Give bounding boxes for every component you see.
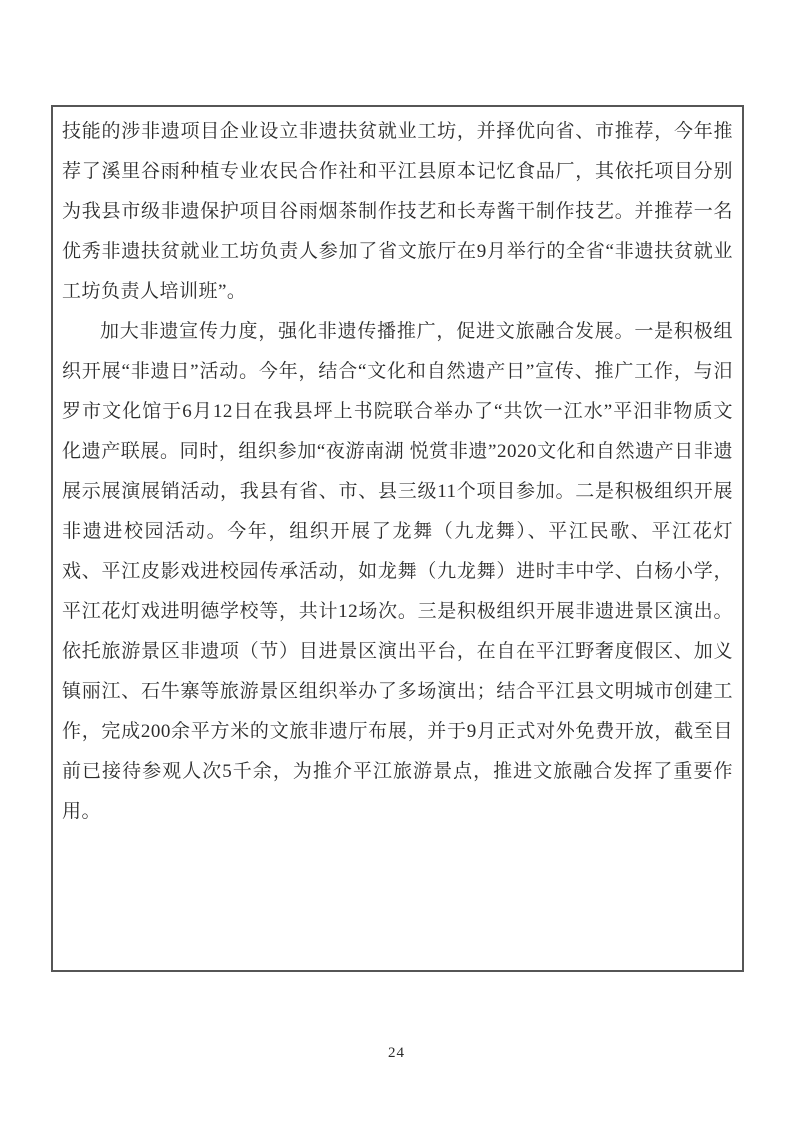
content-box: 技能的涉非遗项目企业设立非遗扶贫就业工坊，并择优向省、市推荐，今年推荐了溪里谷雨… <box>51 105 744 972</box>
document-page: 技能的涉非遗项目企业设立非遗扶贫就业工坊，并择优向省、市推荐，今年推荐了溪里谷雨… <box>0 0 793 1122</box>
paragraph: 技能的涉非遗项目企业设立非遗扶贫就业工坊，并择优向省、市推荐，今年推荐了溪里谷雨… <box>62 112 733 312</box>
page-number: 24 <box>388 1045 405 1061</box>
paragraph: 加大非遗宣传力度，强化非遗传播推广，促进文旅融合发展。一是积极组织开展“非遗日”… <box>62 312 733 832</box>
page-footer: 24 <box>0 1044 793 1062</box>
